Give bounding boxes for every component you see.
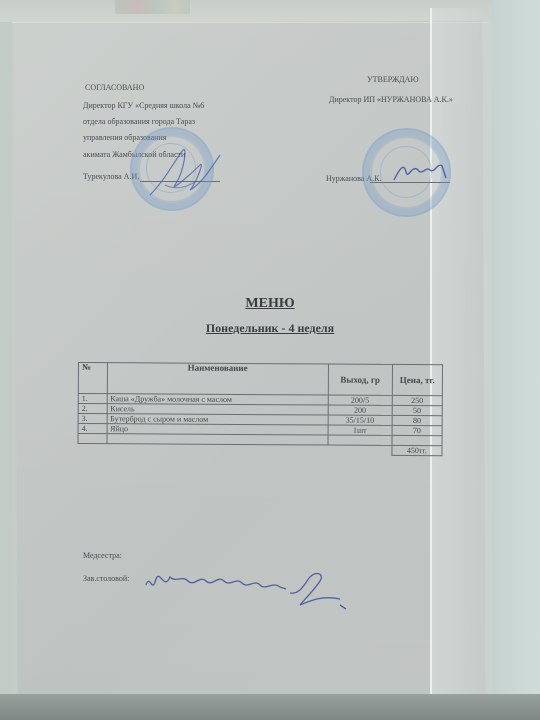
menu-title: МЕНЮ — [0, 296, 540, 312]
canteen-head-label: Зав.столовой: — [83, 574, 129, 583]
nurse-label: Медсестра: — [83, 551, 122, 560]
background-wall — [492, 0, 540, 720]
cell-output: 35/15/10 — [328, 415, 392, 425]
cell-price: 70 — [392, 425, 442, 435]
background-books — [115, 0, 190, 14]
signature-left — [145, 140, 225, 210]
table-header-row: № Наименование Выход, гр Цена, тг. — [78, 363, 442, 396]
canteen-signature — [140, 565, 350, 615]
cell-price: 250 — [392, 395, 442, 405]
cell-num: 2. — [78, 404, 107, 414]
table-total-row: 450тг. — [78, 444, 442, 456]
menu-table: № Наименование Выход, гр Цена, тг. 1.Каш… — [77, 362, 443, 456]
cell-output: 200 — [328, 405, 392, 415]
header-price: Цена, тг. — [392, 364, 442, 395]
signature-right — [392, 158, 452, 188]
cell-num: 3. — [78, 414, 107, 424]
left-line-2: отдела образования города Тараз — [83, 117, 195, 126]
cell-price: 80 — [392, 415, 442, 425]
cell-num: 4. — [78, 424, 107, 434]
cell-num: 1. — [78, 394, 107, 404]
menu-subtitle: Понедельник - 4 неделя — [0, 321, 540, 336]
cell-output: 200/5 — [328, 395, 392, 405]
background-surface — [0, 694, 540, 720]
header-num: № — [78, 363, 107, 394]
agreed-heading: СОГЛАСОВАНО — [85, 83, 144, 92]
cell-output: 1шт — [328, 425, 392, 435]
approve-heading: УТВЕРЖДАЮ — [367, 75, 419, 84]
total-price: 450тг. — [392, 445, 442, 455]
left-line-1: Директор КГУ «Средняя школа №6 — [83, 101, 204, 110]
header-output: Выход, гр — [328, 364, 392, 395]
cell-name: Каша «Дружба» молочная с маслом — [107, 394, 328, 405]
cell-price: 50 — [392, 405, 442, 415]
cell-name: Бутерброд с сыром и маслом — [107, 414, 328, 425]
right-line-1: Директор ИП «НУРЖАНОВА А.К.» — [329, 95, 453, 104]
sleeve-fold-strip — [430, 8, 494, 708]
header-name: Наименование — [107, 363, 328, 395]
